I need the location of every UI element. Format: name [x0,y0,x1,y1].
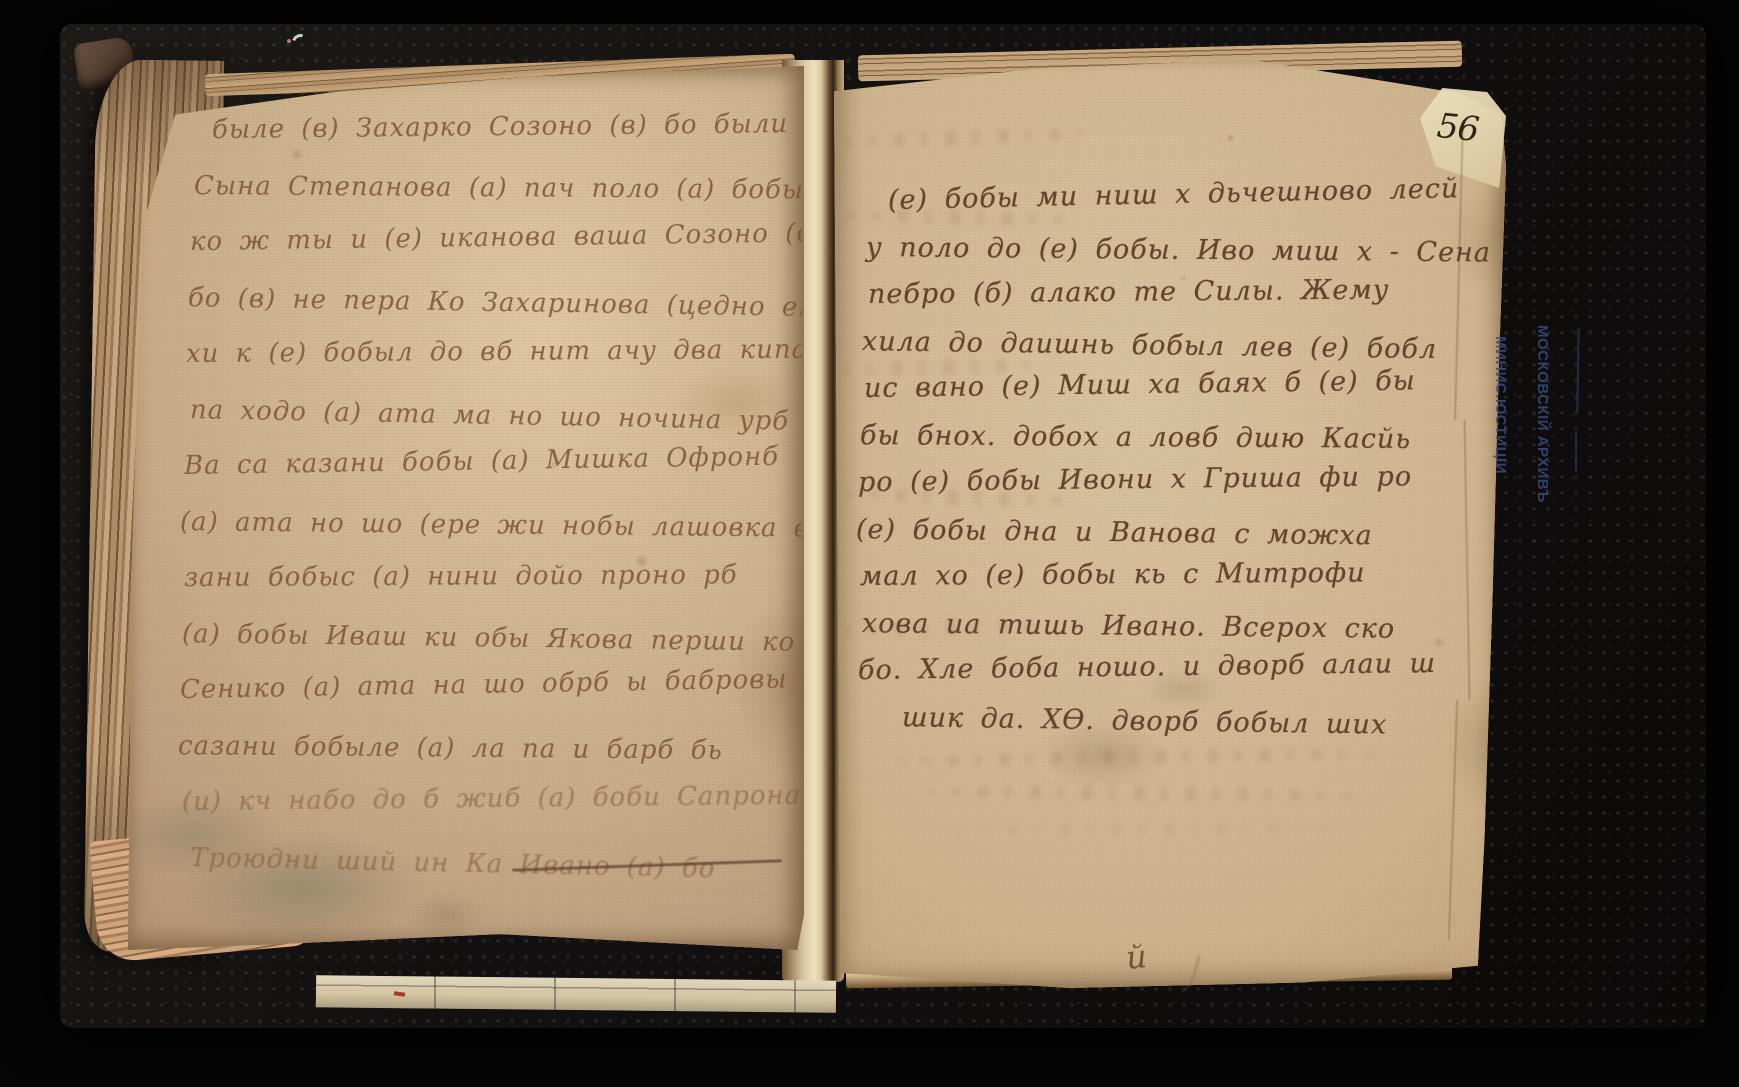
left-page-text-block: быле (в) Захарко Созоно (в) бо были Сына… [150,70,802,948]
manuscript-line: (е) бобы дна и Ванова с можха [856,514,1373,551]
manuscript-line: хова иа тишь Ивано. Всерох ско [862,608,1395,645]
manuscript-line: Сенико (а) ата на шо обрб ы бабровы [180,664,788,705]
manuscript-line: бо. Хле боба ношо. и дворб алаи ш [858,648,1436,686]
ink-bleedthrough [926,784,1356,803]
manuscript-line: (е) бобы ми ниш х дьчешново лесй [888,173,1460,216]
archive-stamp-line2: МИНИС.ЮСТИЦІИ [1492,336,1509,474]
manuscript-line: пебро (б) алако те Силы. Жему [868,274,1390,310]
ink-bleedthrough [956,820,1336,838]
right-page-text-block: (е) бобы ми ниш х дьчешново лесй у поло … [836,60,1504,986]
manuscript-line: па ходо (а) ата ма но шо ночина урб [190,395,790,436]
ink-bleedthrough [896,746,1376,769]
manuscript-line: (и) кч набо до б жиб (а) боби Сапрона [182,781,801,817]
manuscript-line: Ва са казани бобы (а) Мишка Офронб [184,442,780,481]
manuscript-line: ко ж ты и (е) иканова ваша Созоно (е) [190,218,802,257]
manuscript-line: мал хо (е) бобы кь с Митрофи [860,557,1366,592]
ink-bleedthrough [842,126,1092,150]
manuscript-photo: быле (в) Захарко Созоно (в) бо были Сына… [0,0,1739,1087]
archive-stamp-rule [1575,432,1577,472]
manuscript-line: бо (в) не пера Ко Захаринова (цедно ети [188,283,802,323]
folio-number: 56 [1435,106,1480,150]
manuscript-line: сазани бобыле (а) ла па и барб бь [178,731,723,766]
bottom-margin-ink-mark: й [1124,937,1148,977]
manuscript-line: Сына Степанова (а) пач поло (а) бобы [194,171,802,205]
manuscript-line: (а) ата но шо (ере жи нобы лашовка ва [180,507,802,544]
highlight-dot [287,39,291,43]
manuscript-line: хи к (е) бобыл до вб нит ачу два кипа [186,335,802,369]
manuscript-line: у поло до (е) бобы. Иво миш х - Сена [866,232,1491,268]
manuscript-line: бы бнох. добох а ловб дшю Касйь [860,420,1411,455]
manuscript-line: ро (е) бобы Ивони х Гриша фи ро [858,461,1412,498]
manuscript-line: шик да. ХѲ. дворб бобыл ших [902,702,1388,741]
manuscript-line: ис вано (е) Миш ха баях б (е) бы [864,365,1416,404]
archive-stamp-line1: МОСКОВСКІЙ АРХИВЪ [1534,325,1551,503]
manuscript-line: быле (в) Захарко Созоно (в) бо были [212,109,788,145]
manuscript-line: зани бобыс (а) нини дойо проно рб [184,560,738,593]
manuscript-line: (а) бобы Иваш ки обы Якова перши ко [182,619,796,658]
